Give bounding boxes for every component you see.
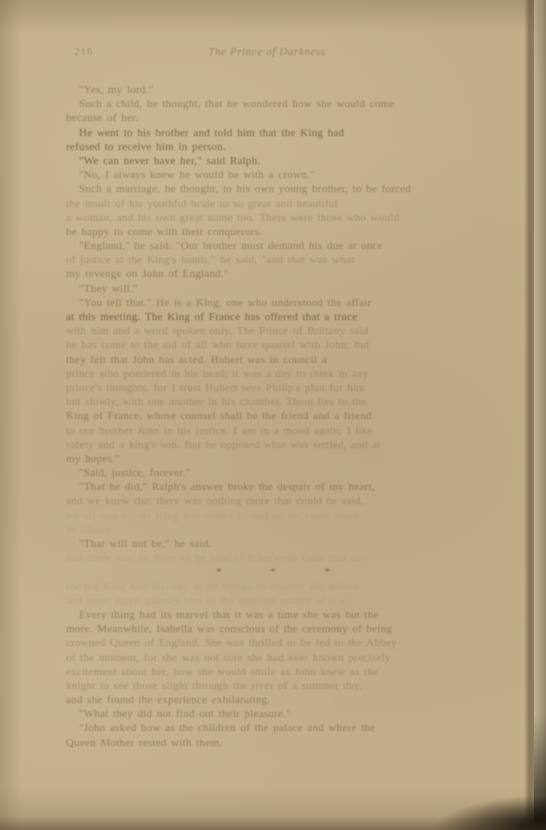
text-line: "England," he said. "Our brother must de… [66, 239, 480, 253]
text-line: and she found the experience exhilaratin… [66, 693, 480, 707]
bottom-edge-shadow [0, 816, 546, 830]
text-line: of justice at the King's hands," he said… [66, 253, 480, 267]
text-line: "Said, justice, forever." [66, 466, 480, 480]
running-title: The Prince of Darkness [0, 46, 534, 58]
text-line: he has come to the aid of all who have q… [66, 338, 480, 352]
text-line: with him and a word spoken only. The Pri… [66, 324, 480, 338]
text-line: at this meeting. The King of France has … [66, 310, 480, 324]
text-line: a woman, and his own great name too. The… [66, 211, 480, 225]
text-line: Queen Mother rested with them. [66, 736, 480, 750]
text-line: for the King had his way in all things a… [66, 580, 480, 594]
section-separator: * * * [66, 565, 480, 579]
text-line: refused to receive him in person. [66, 140, 480, 154]
text-line: excitement about her, how she would smil… [66, 665, 480, 679]
text-line: safety and a king's son. But he opposed … [66, 438, 480, 452]
text-line: be happy to come with their conquerors. [66, 225, 480, 239]
text-line: of the moment, for she was not sure she … [66, 651, 480, 665]
text-line: prince who pondered in his head; it was … [66, 367, 480, 381]
text-line: "They will." [66, 282, 480, 296]
text-line: "What they did not find out their pleasu… [66, 707, 480, 721]
book-edge-strip [534, 0, 546, 830]
text-line: prince's thoughts, for I trust Hubert se… [66, 381, 480, 395]
text-line: the insult of his youthful bride to so g… [66, 197, 480, 211]
text-line: Such a marriage, he thought, to his own … [66, 182, 480, 196]
text-line: my hopes." [66, 452, 480, 466]
text-line: Such a child, he thought, that he wonder… [66, 97, 480, 111]
text-line: for all was as the King had willed it, a… [66, 509, 480, 523]
text-line: but slowly, with one another in his cham… [66, 395, 480, 409]
text-line: "Yes, my lord." [66, 83, 480, 97]
page-fore-edge [524, 0, 534, 830]
text-line: to our brother John in his justice. I am… [66, 424, 480, 438]
text-line: "We can never have her," said Ralph. [66, 154, 480, 168]
text-line: "You tell that." He is a King, one who u… [66, 296, 480, 310]
text-line: "That he did," Ralph's answer broke the … [66, 480, 480, 494]
text-line: "That will not be," he said. [66, 537, 480, 551]
text-line: knight to see those slight through the r… [66, 679, 480, 693]
text-line: He went to his brother and told him that… [66, 126, 480, 140]
text-line: and none dared gainsay him in the smalle… [66, 594, 480, 608]
text-line: "No, I always knew he would be with a cr… [66, 168, 480, 182]
text-line: crowned Queen of England. She was thrill… [66, 636, 480, 650]
text-line: in silence. [66, 523, 480, 537]
text-line: "John asked how as the children of the p… [66, 721, 480, 735]
body-text-block: "Yes, my lord."Such a child, he thought,… [66, 83, 480, 750]
text-line: my revenge on John of England." [66, 267, 480, 281]
text-line: Every thing had its marvel that it was a… [66, 608, 480, 622]
text-line: and there was no more to be said of it b… [66, 551, 480, 565]
text-line: King of France, whose counsel shall be t… [66, 409, 480, 423]
text-line: because of her. [66, 111, 480, 125]
scanned-book-page: 216 The Prince of Darkness "Yes, my lord… [0, 0, 546, 830]
text-line: and we knew that there was nothing more … [66, 494, 480, 508]
text-line: more. Meanwhile, Isabella was conscious … [66, 622, 480, 636]
text-line: they felt that John has acted. Hubert wa… [66, 353, 480, 367]
running-head: 216 The Prince of Darkness [0, 46, 534, 62]
